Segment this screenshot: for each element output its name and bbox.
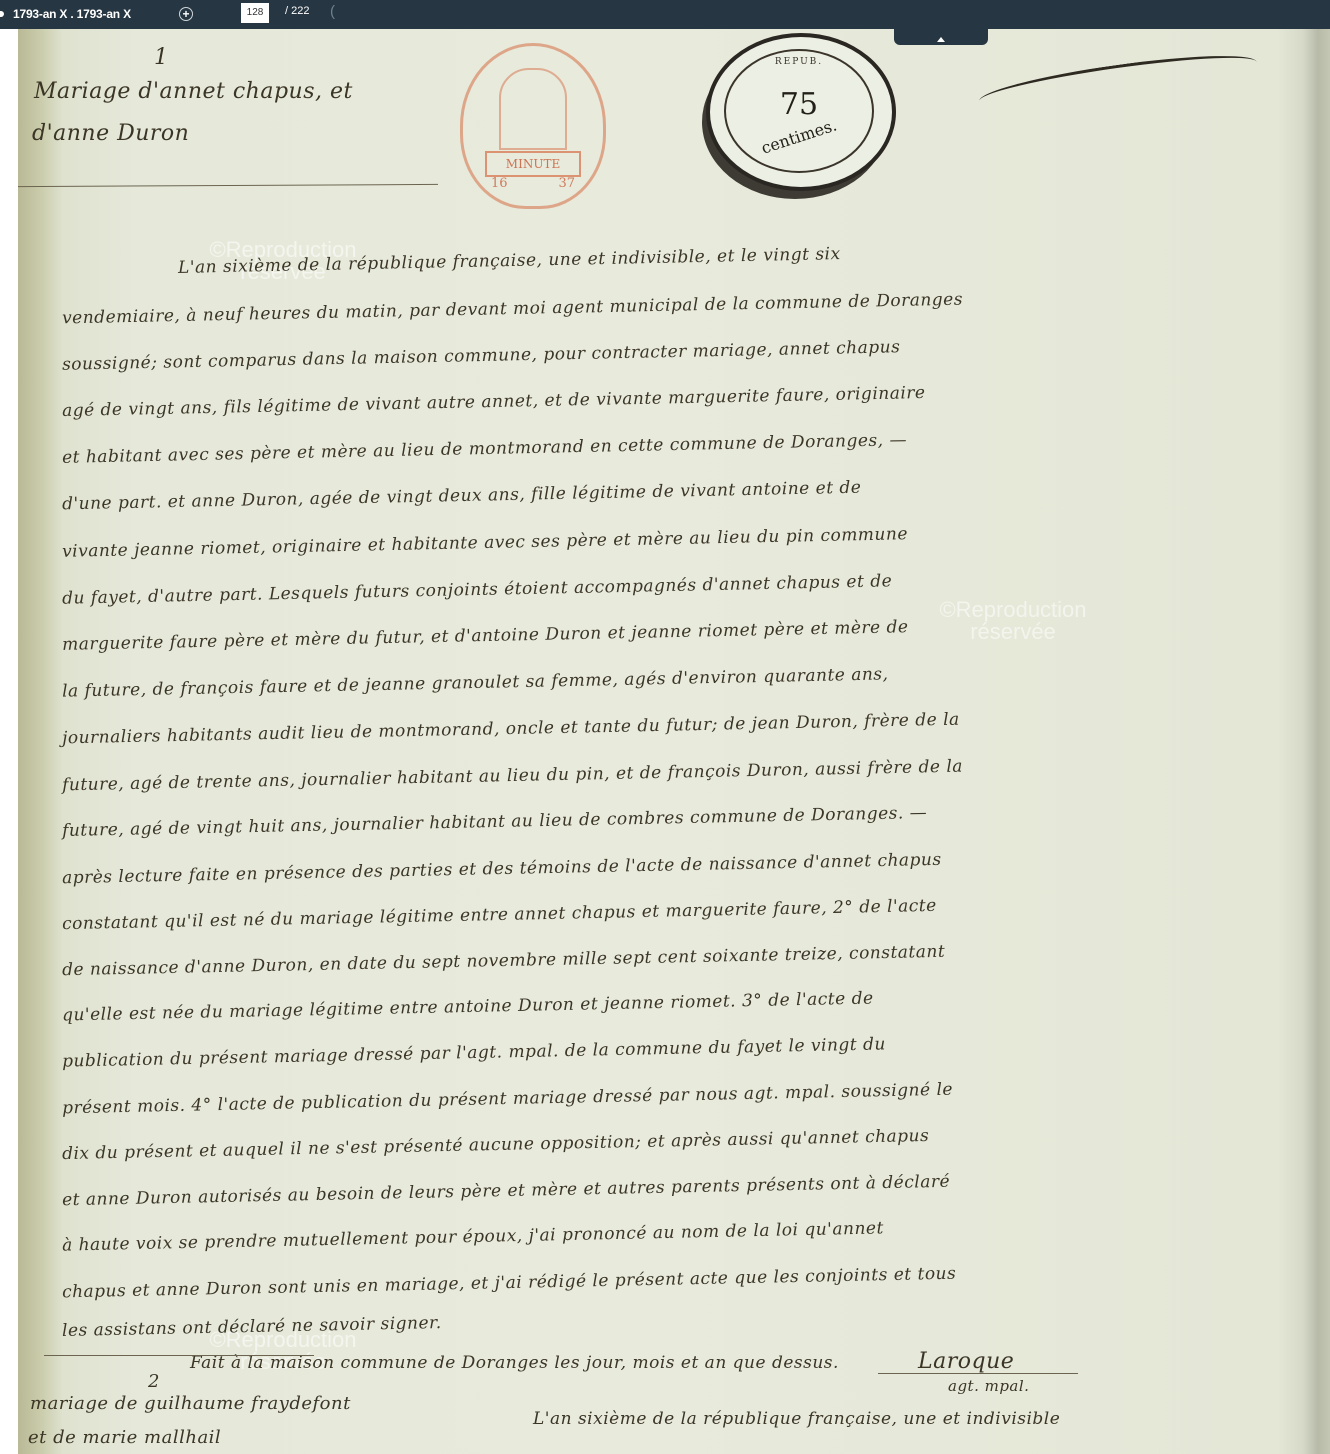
body-line: après lecture faite en présence des part… — [62, 850, 942, 888]
body-line: du fayet, d'autre part. Lesquels futurs … — [62, 571, 892, 608]
page-total: / 222 — [285, 5, 309, 17]
next-entry-number: 2 — [148, 1371, 160, 1392]
body-line: dix du présent et auquel il ne s'est pré… — [62, 1126, 930, 1164]
page-number-input[interactable] — [241, 3, 269, 23]
body-line: et anne Duron autorisés au besoin de leu… — [62, 1172, 950, 1211]
signature: Laroque — [918, 1349, 1014, 1374]
document-title: 1793-an X . 1793-an X — [13, 7, 131, 21]
building-emblem-icon — [499, 68, 567, 150]
body-line: soussigné; sont comparus dans la maison … — [62, 337, 901, 375]
body-line: d'une part. et anne Duron, agée de vingt… — [62, 478, 862, 515]
next-entry-body: L'an sixième de la république française,… — [533, 1409, 1060, 1429]
body-line: agé de vingt ans, fils légitime de vivan… — [62, 383, 926, 421]
margin-heading-line1: Mariage d'annet chapus, et — [34, 79, 353, 104]
body-line: publication du présent mariage dressé pa… — [62, 1034, 886, 1071]
body-line: marguerite faure père et mère du futur, … — [62, 617, 909, 655]
red-minute-stamp: MINUTE 16 37 — [460, 43, 606, 209]
pen-flourish — [977, 46, 1259, 118]
stamp-numbers: 16 37 — [491, 176, 575, 191]
document-scan: 1 Mariage d'annet chapus, et d'anne Duro… — [18, 29, 1330, 1454]
entry-number: 1 — [154, 45, 169, 70]
body-line: vendemiaire, à neuf heures du matin, par… — [62, 290, 963, 329]
signature-title: agt. mpal. — [948, 1377, 1029, 1395]
next-entry-heading-line1: mariage de guilhaume fraydefont — [30, 1393, 351, 1414]
partial-nav-icon[interactable]: ( — [330, 3, 335, 20]
body-line: et habitant avec ses père et mère au lie… — [62, 430, 907, 468]
next-entry-heading-line2: et de marie mallhail — [28, 1427, 221, 1448]
body-line: présent mois. 4° l'acte de publication d… — [62, 1080, 953, 1119]
signature-line — [878, 1373, 1078, 1374]
body-line: de naissance d'anne Duron, en date du se… — [62, 942, 946, 980]
viewer-toolbar: 1793-an X . 1793-an X + / 222 ( — [0, 0, 1330, 29]
body-line: chapus et anne Duron sont unis en mariag… — [62, 1264, 957, 1303]
caret-up-icon — [937, 37, 945, 42]
tax-stamp-75-centimes: REPUB. 75 centimes. — [706, 33, 896, 191]
collapse-toolbar-tab[interactable] — [894, 29, 988, 45]
body-line: constatant qu'il est né du mariage légit… — [62, 896, 937, 934]
body-line: la future, de françois faure et de jeann… — [62, 664, 889, 701]
margin-heading-line2: d'anne Duron — [32, 121, 189, 146]
stamp-inner-ring: REPUB. 75 centimes. — [724, 49, 874, 173]
entry-divider — [44, 1355, 314, 1356]
closing-line: Fait à la maison commune de Doranges les… — [190, 1353, 839, 1373]
body-line: future, agé de vingt huit ans, journalie… — [62, 803, 928, 841]
heading-divider — [18, 184, 438, 187]
body-line: journaliers habitants audit lieu de mont… — [62, 710, 960, 749]
body-line: qu'elle est née du mariage légitime entr… — [62, 989, 874, 1026]
menu-handle[interactable] — [0, 11, 4, 17]
body-line: à haute voix se prendre mutuellement pou… — [62, 1218, 884, 1255]
body-line: vivante jeanne riomet, originaire et hab… — [62, 524, 908, 562]
plus-circle-icon[interactable]: + — [179, 7, 193, 21]
stamp-label: MINUTE — [485, 151, 581, 177]
body-line: future, agé de trente ans, journalier ha… — [62, 757, 963, 796]
watermark: ©Reproductionréservée — [898, 599, 1128, 643]
